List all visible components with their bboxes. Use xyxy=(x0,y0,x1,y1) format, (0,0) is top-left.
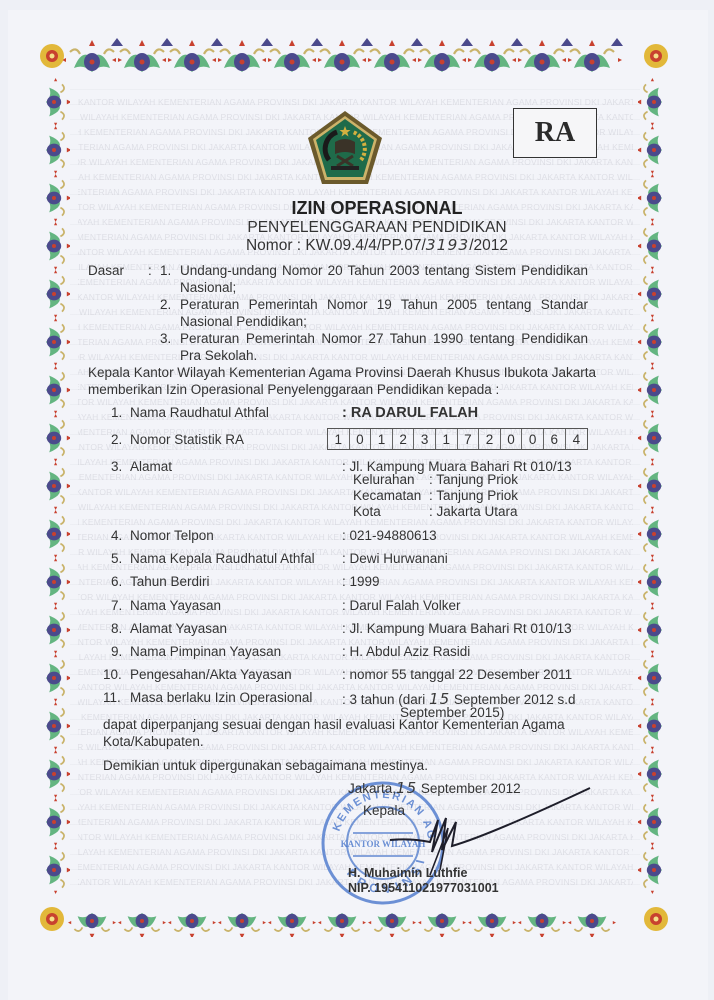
field-number: 10. xyxy=(103,667,122,682)
field-value: : Dewi Hurwanani xyxy=(342,551,448,566)
field-label: Masa berlaku Izin Operasional xyxy=(130,690,312,705)
dasar-item-line-1: Peraturan Pemerintah Nomor 19 Tahun 2005… xyxy=(180,297,588,312)
field-number: 5. xyxy=(111,551,122,566)
border-left xyxy=(30,32,70,937)
statistic-digit-cell: 6 xyxy=(544,429,566,449)
demikian-line: Demikian untuk dipergunakan sebagaimana … xyxy=(103,758,428,773)
field-label: Pengesahan/Akta Yayasan xyxy=(130,667,292,682)
number-suffix: /2012 xyxy=(469,237,508,254)
intro-line-1: Kepala Kantor Wilayah Kementerian Agama … xyxy=(88,365,596,380)
statistic-digit-cell: 0 xyxy=(350,429,372,449)
statistic-digit-cell: 0 xyxy=(501,429,523,449)
field-value: : Jl. Kampung Muara Bahari Rt 010/13 xyxy=(342,621,572,636)
field-number: 8. xyxy=(111,621,122,636)
field-value: : nomor 55 tanggal 22 Desember 2011 xyxy=(342,667,572,682)
field-label: Nomor Statistik RA xyxy=(130,432,244,447)
statistic-digit-cell: 0 xyxy=(522,429,544,449)
document-number: Nomor : KW.09.4/4/PP.07/3193/2012 xyxy=(0,236,714,255)
dasar-item-line-1: Undang-undang Nomor 20 Tahun 2003 tentan… xyxy=(180,263,588,278)
field-value: : 021-94880613 xyxy=(342,528,437,543)
statistic-digit-cell: 4 xyxy=(566,429,588,449)
border-top xyxy=(30,32,678,82)
type-badge: RA xyxy=(513,108,597,158)
field-number: 1. xyxy=(111,405,122,420)
intro-line-2: memberikan Izin Operasional Penyelenggar… xyxy=(88,382,499,397)
number-prefix: Nomor : KW.09.4/4/PP.07/ xyxy=(246,237,426,254)
statistic-digit-cell: 1 xyxy=(436,429,458,449)
field-number: 4. xyxy=(111,528,122,543)
number-handwritten: 3193 xyxy=(426,236,469,254)
field-label: Nama Pimpinan Yayasan xyxy=(130,644,281,659)
field-label: Alamat xyxy=(130,459,172,474)
statistic-digit-cell: 2 xyxy=(393,429,415,449)
dasar-item-number: 3. xyxy=(160,331,171,346)
field-label: Nama Raudhatul Athfal xyxy=(130,405,269,420)
field-value: : RA DARUL FALAH xyxy=(342,405,478,421)
field-value: : 1999 xyxy=(342,574,380,589)
address-detail-value: : Jakarta Utara xyxy=(429,504,518,519)
signer-name: H. Muhaimin Luthfie xyxy=(348,866,467,880)
address-detail-label: Kecamatan xyxy=(353,488,421,503)
field-label: Nama Yayasan xyxy=(130,598,221,613)
field-label: Nomor Telpon xyxy=(130,528,214,543)
field-label: Alamat Yayasan xyxy=(130,621,227,636)
extend-line-2: Kota/Kabupaten. xyxy=(103,734,204,749)
dasar-item-number: 2. xyxy=(160,297,171,312)
document-title: IZIN OPERASIONAL xyxy=(0,198,714,219)
statistic-digit-cell: 3 xyxy=(414,429,436,449)
field-number: 6. xyxy=(111,574,122,589)
statistic-digit-cell: 7 xyxy=(458,429,480,449)
border-bottom xyxy=(30,907,678,937)
address-detail-label: Kelurahan xyxy=(353,472,415,487)
signer-nip: NIP. 195411021977031001 xyxy=(348,881,499,895)
address-detail-label: Kota xyxy=(353,504,381,519)
border-right xyxy=(638,32,678,937)
field-number: 7. xyxy=(111,598,122,613)
extend-line-1: dapat diperpanjang sesuai dengan hasil e… xyxy=(103,717,565,732)
dasar-item-line-1: Peraturan Pemerintah Nomor 27 Tahun 1990… xyxy=(180,331,588,346)
field-value: : H. Abdul Aziz Rasidi xyxy=(342,644,470,659)
dasar-item-number: 1. xyxy=(160,263,171,278)
field-number: 2. xyxy=(111,432,122,447)
statistic-number-grid: 101231720064 xyxy=(327,428,588,450)
field-number: 9. xyxy=(111,644,122,659)
statistic-digit-cell: 2 xyxy=(479,429,501,449)
statistic-digit-cell: 1 xyxy=(371,429,393,449)
dasar-label: Dasar xyxy=(88,263,124,278)
field-number: 3. xyxy=(111,459,122,474)
address-detail-value: : Tanjung Priok xyxy=(429,488,518,503)
address-detail-value: : Tanjung Priok xyxy=(429,472,518,487)
document-subtitle: PENYELENGGARAAN PENDIDIKAN xyxy=(0,219,714,237)
dasar-item-line-2: Pra Sekolah. xyxy=(180,348,257,363)
field-number: 11. xyxy=(103,690,121,705)
dasar-item-line-2: Nasional; xyxy=(180,280,236,295)
field-label: Nama Kepala Raudhatul Athfal xyxy=(130,551,315,566)
emblem-icon xyxy=(305,108,385,188)
dasar-colon: : xyxy=(148,263,152,278)
dasar-item-line-2: Nasional Pendidikan; xyxy=(180,314,307,329)
field-label: Tahun Berdiri xyxy=(130,574,210,589)
statistic-digit-cell: 1 xyxy=(328,429,350,449)
field-value: : Darul Falah Volker xyxy=(342,598,461,613)
